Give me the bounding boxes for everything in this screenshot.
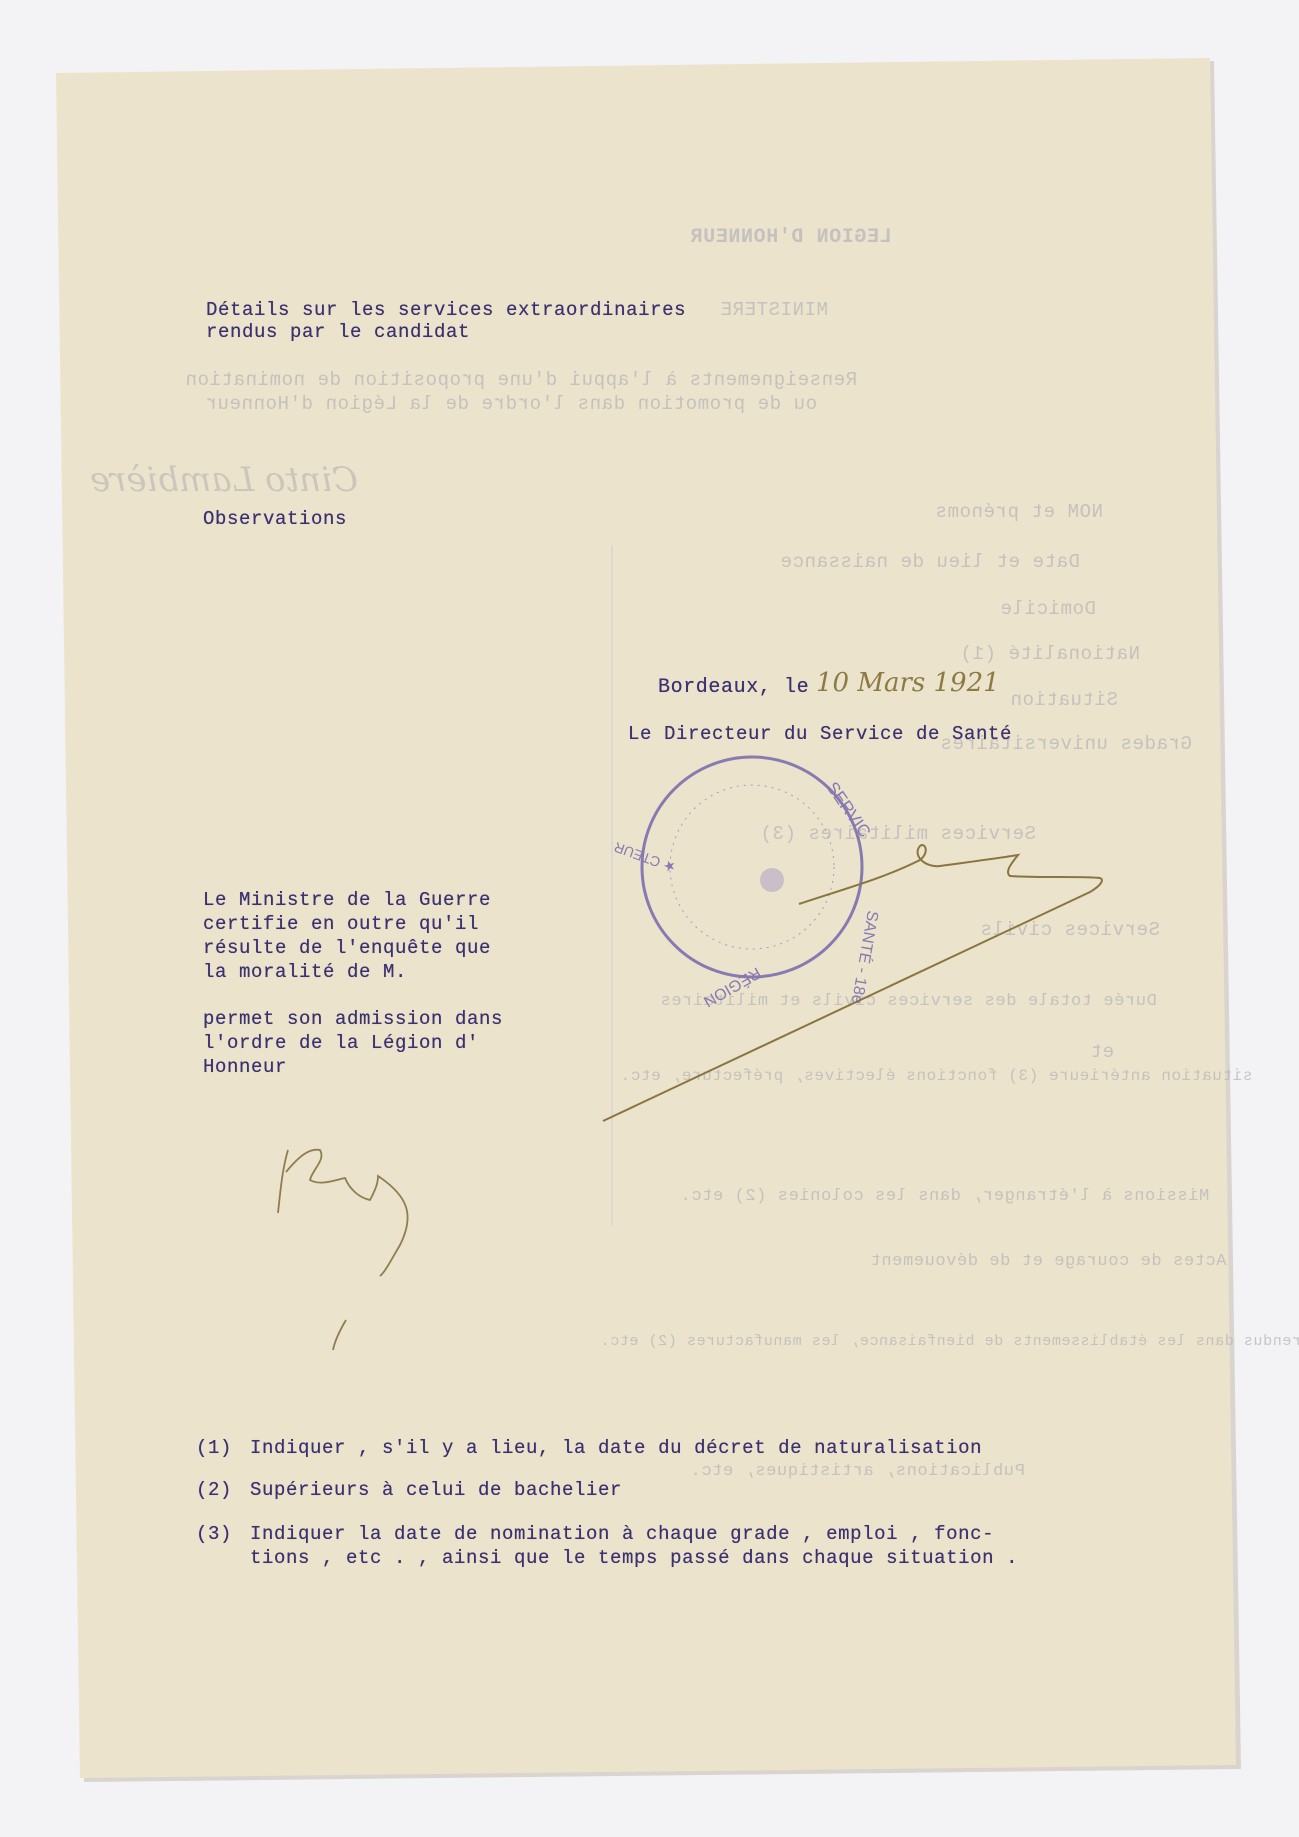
official-stamp: SERVIC SANTÉ - 18e RÉGION ★ CTEUR [612, 757, 883, 1012]
certification-line: Honneur [203, 1055, 287, 1079]
footnote-marker: (2) [196, 1478, 232, 1502]
certification-line: résulte de l'enquête que [203, 936, 491, 960]
footnote-text: Indiquer , s'il y a lieu, la date du déc… [250, 1436, 982, 1460]
certification-line: Le Ministre de la Guerre [203, 888, 491, 912]
stamp-text-service: SERVIC [823, 778, 875, 841]
certification-line: permet son admission dans [203, 1007, 503, 1031]
footnote-marker: (1) [196, 1436, 232, 1460]
footnote-marker: (3) [196, 1522, 232, 1546]
footnote-text-continuation: tions , etc . , ainsi que le temps passé… [250, 1546, 1018, 1570]
certification-line: l'ordre de la Légion d' [203, 1031, 479, 1055]
footnote-text: Indiquer la date de nomination à chaque … [250, 1522, 994, 1546]
certification-line: certifie en outre qu'il [203, 912, 479, 936]
certification-line: la moralité de M. [203, 960, 407, 984]
footnote-text: Supérieurs à celui de bachelier [250, 1478, 622, 1502]
minister-signature [278, 1150, 408, 1350]
stamp-text-region: RÉGION [700, 964, 764, 1012]
stamp-emblem [760, 868, 784, 892]
